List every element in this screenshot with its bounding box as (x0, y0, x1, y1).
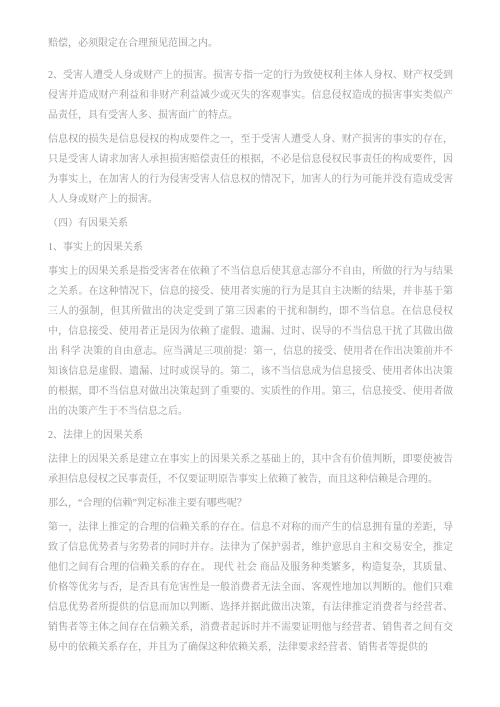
subheading-factual-causation: 1、事实上的因果关系 (48, 238, 453, 258)
paragraph-legal-causation: 法律上的因果关系是建立在事实上的因果关系之基础上的，其中含有价值判断，即要使被告… (48, 450, 453, 490)
subheading-legal-causation: 2、法律上的因果关系 (48, 426, 453, 446)
paragraph-info-right-loss: 信息权的损失是信息侵权的构成要件之一，至于受害人遭受人身、财产损害的事实的存在，… (48, 130, 453, 210)
paragraph-factual-causation: 事实上的因果关系是指受害者在依赖了不当信息后使其意志部分不自由，所做的行为与结果… (48, 262, 453, 422)
section-heading-causation: （四）有因果关系 (48, 214, 453, 234)
paragraph-compensation-limit: 赔偿，必须限定在合理预见范围之内。 (48, 34, 453, 54)
paragraph-item2-damage: 2、受害人遭受人身或财产上的损害。损害专指一定的行为致使权利主体人身权、财产权受… (48, 66, 453, 126)
paragraph-reasonable-reliance-question: 那么，“合理的信赖”判定标准主要有哪些呢？ (48, 494, 453, 514)
document-page: 赔偿，必须限定在合理预见范围之内。 2、受害人遭受人身或财产上的损害。损害专指一… (0, 0, 500, 707)
paragraph-reliance-standard-first: 第一，法律上推定的合理的信赖关系的存在。信息不对称的而产生的信息拥有量的差距，导… (48, 518, 453, 658)
